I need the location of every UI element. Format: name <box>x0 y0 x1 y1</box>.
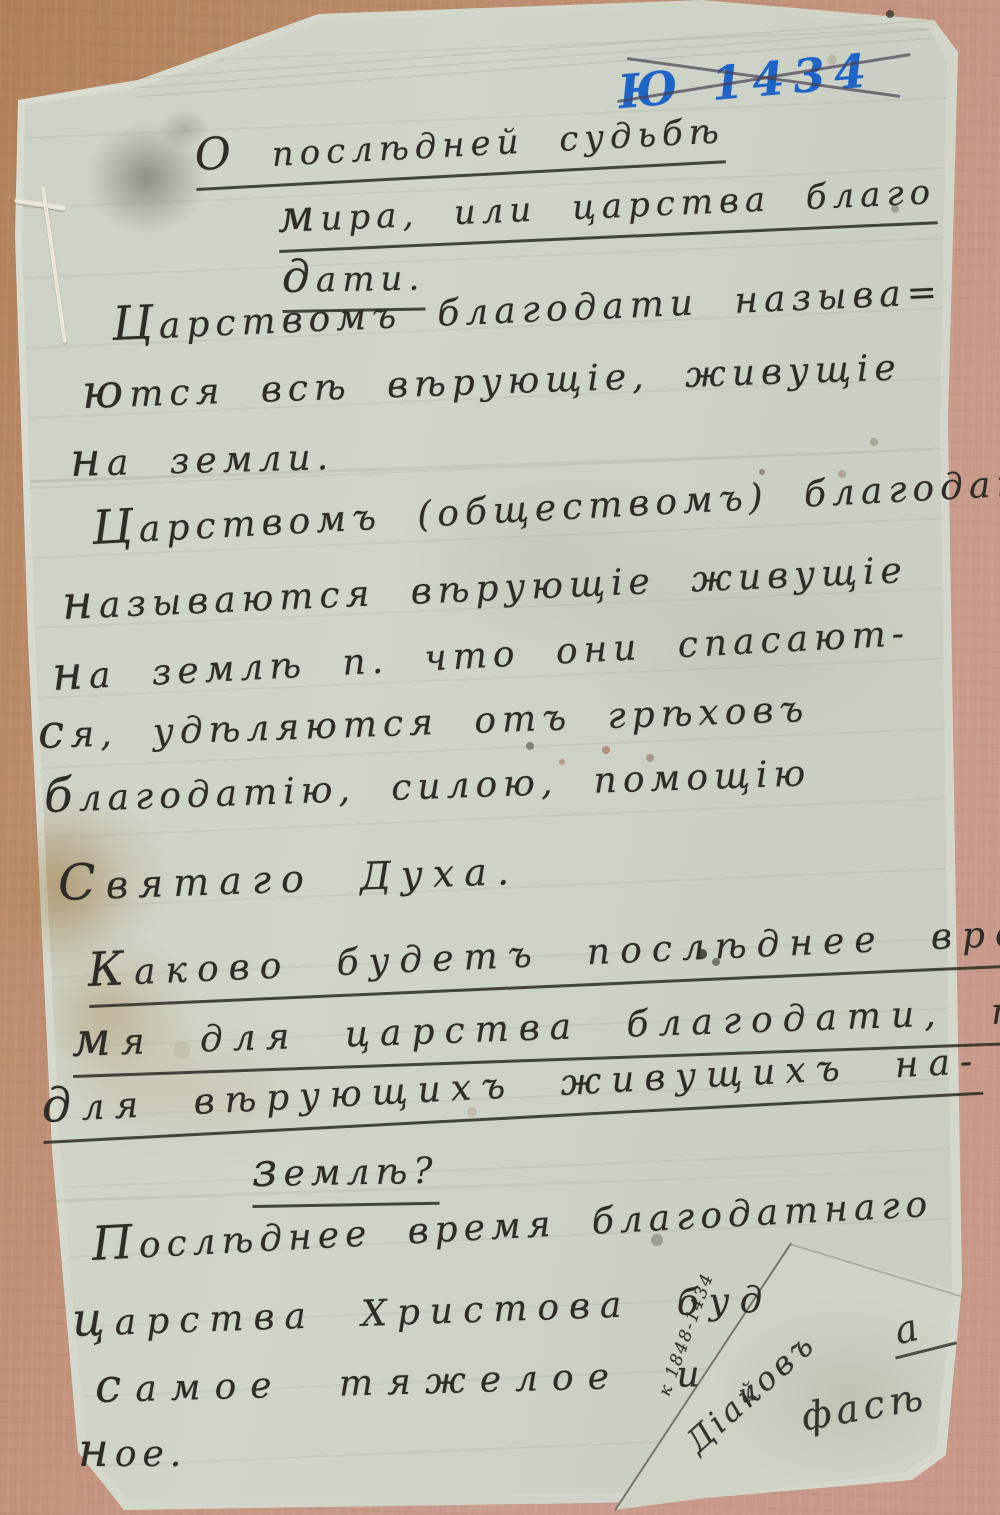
question-text: землѣ? <box>251 1141 439 1208</box>
photo-of-manuscript: { "archival": { "number": "Ю 1434", "ink… <box>0 0 1000 1515</box>
manuscript-line: ное. <box>78 1424 187 1478</box>
ink-specks <box>0 0 4 4</box>
body-text: ное. <box>78 1424 187 1478</box>
body-text: на земли. <box>69 427 334 488</box>
manuscript-line: землѣ? <box>251 1141 439 1208</box>
manuscript-line: на земли. <box>69 427 334 488</box>
